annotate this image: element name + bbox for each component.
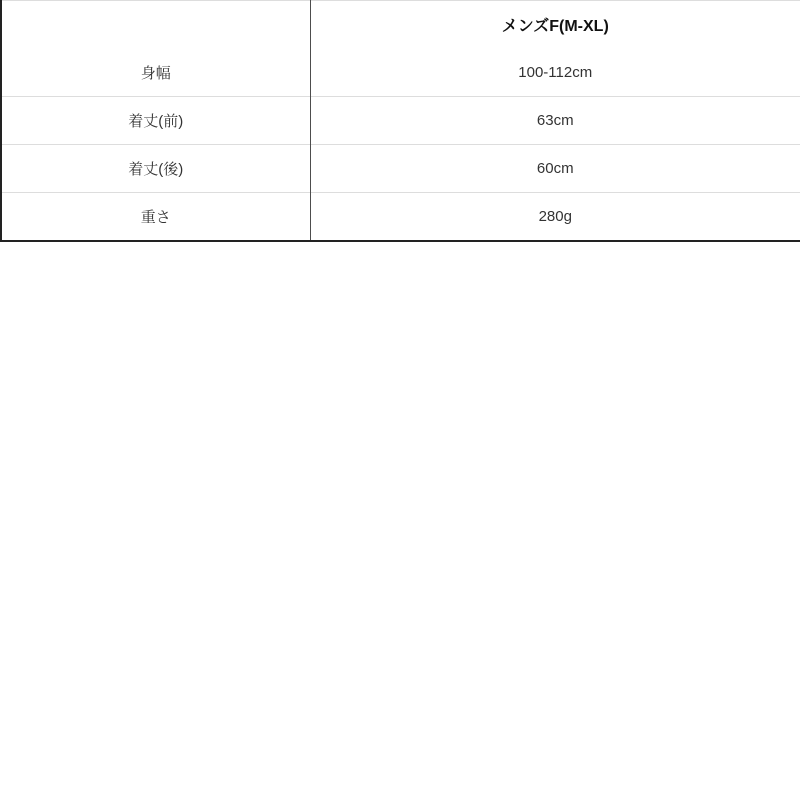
- row-label: 着丈(後): [1, 145, 310, 193]
- row-value: 100-112cm: [310, 49, 800, 97]
- table-body: 身幅 100-112cm 着丈(前) 63cm 着丈(後) 60cm 重さ 28…: [1, 49, 800, 241]
- table-row: 重さ 280g: [1, 193, 800, 241]
- table-row: 着丈(後) 60cm: [1, 145, 800, 193]
- row-label: 身幅: [1, 49, 310, 97]
- header-size-column: メンズF(M-XL): [310, 1, 800, 49]
- row-label: 着丈(前): [1, 97, 310, 145]
- row-value: 280g: [310, 193, 800, 241]
- row-value: 63cm: [310, 97, 800, 145]
- empty-canvas-area: [0, 242, 800, 796]
- table-row: 身幅 100-112cm: [1, 49, 800, 97]
- row-value: 60cm: [310, 145, 800, 193]
- row-label: 重さ: [1, 193, 310, 241]
- header-corner-cell: [1, 1, 310, 49]
- table-header-row: メンズF(M-XL): [1, 1, 800, 49]
- size-chart-table: メンズF(M-XL) 身幅 100-112cm 着丈(前) 63cm 着丈(後)…: [0, 0, 800, 242]
- table-row: 着丈(前) 63cm: [1, 97, 800, 145]
